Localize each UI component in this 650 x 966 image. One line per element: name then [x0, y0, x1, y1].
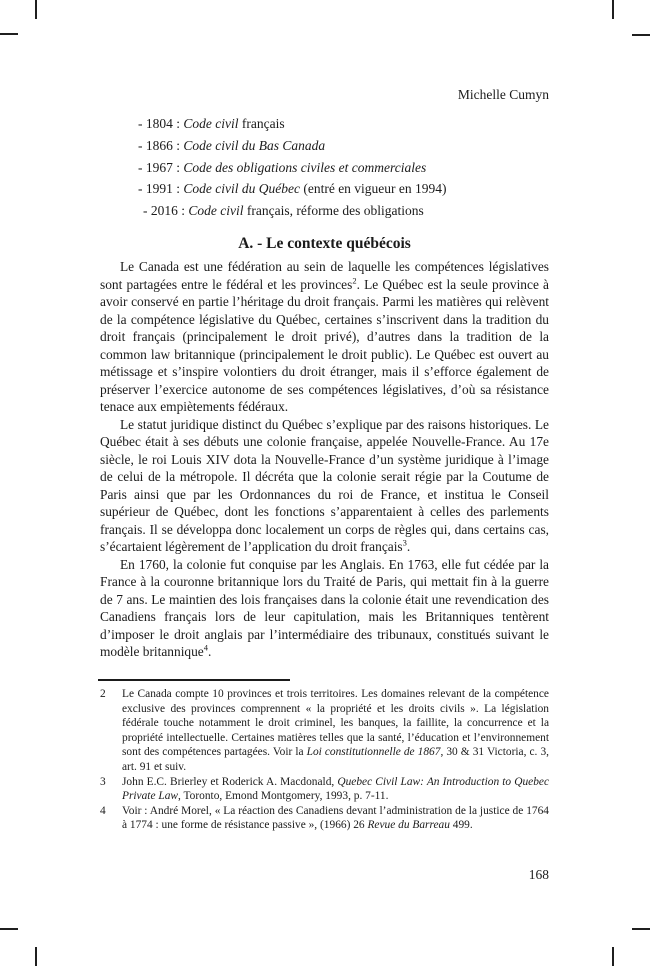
crop-mark-top-left-horizontal: [0, 33, 18, 35]
crop-mark-bottom-right-vertical: [612, 947, 614, 966]
text-run: Code civil du Bas Canada: [183, 138, 325, 153]
code-timeline: - 1804 : Code civil français- 1866 : Cod…: [138, 113, 447, 222]
paper-page: Michelle Cumyn - 1804 : Code civil franç…: [0, 0, 650, 966]
crop-mark-bottom-right-horizontal: [632, 928, 650, 930]
text-run: - 2016 :: [143, 203, 188, 218]
page-number: 168: [100, 866, 549, 883]
paragraph: Le Canada est une fédération au sein de …: [100, 258, 549, 416]
text-run: - 1804 :: [138, 116, 183, 131]
text-run: français: [238, 116, 284, 131]
timeline-item: - 2016 : Code civil français, réforme de…: [143, 200, 447, 222]
text-run: Code civil: [183, 116, 238, 131]
text-run: français, réforme des obligations: [243, 203, 423, 218]
footnote: 2Le Canada compte 10 provinces et trois …: [100, 687, 549, 775]
text-run: (entré en vigueur en 1994): [300, 181, 447, 196]
text-run: .: [208, 644, 211, 659]
footnote-number: 2: [100, 687, 122, 775]
footnote: 3John E.C. Brierley et Roderick A. Macdo…: [100, 775, 549, 804]
footnote-number: 3: [100, 775, 122, 804]
text-run: Revue du Barreau: [367, 819, 449, 831]
crop-mark-top-left-vertical: [35, 0, 37, 19]
body-paragraphs: Le Canada est une fédération au sein de …: [100, 258, 549, 661]
timeline-item: - 1991 : Code civil du Québec (entré en …: [138, 178, 447, 200]
footnote-number: 4: [100, 804, 122, 833]
text-run: Code civil: [188, 203, 243, 218]
text-run: - 1866 :: [138, 138, 183, 153]
crop-mark-top-right-vertical: [612, 0, 614, 19]
text-run: - 1967 :: [138, 160, 183, 175]
timeline-item: - 1804 : Code civil français: [138, 113, 447, 135]
text-run: En 1760, la colonie fut conquise par les…: [100, 557, 549, 660]
author-name: Michelle Cumyn: [100, 86, 549, 103]
paragraph: En 1760, la colonie fut conquise par les…: [100, 556, 549, 661]
footnotes: 2Le Canada compte 10 provinces et trois …: [100, 687, 549, 833]
footnote-separator: [98, 679, 290, 681]
text-run: Voir : André Morel, « La réaction des Ca…: [122, 805, 549, 832]
timeline-item: - 1866 : Code civil du Bas Canada: [138, 135, 447, 157]
page-content: Michelle Cumyn - 1804 : Code civil franç…: [100, 0, 549, 966]
text-run: .: [407, 539, 410, 554]
footnote-text: Voir : André Morel, « La réaction des Ca…: [122, 804, 549, 833]
paragraph: Le statut juridique distinct du Québec s…: [100, 416, 549, 556]
text-run: 499.: [450, 819, 473, 831]
text-run: , Toronto, Emond Montgomery, 1993, p. 7-…: [178, 790, 388, 802]
timeline-item: - 1967 : Code des obligations civiles et…: [138, 157, 447, 179]
text-run: . Le Québec est la seule province à avoi…: [100, 277, 549, 415]
footnote-text: John E.C. Brierley et Roderick A. Macdon…: [122, 775, 549, 804]
text-run: - 1991 :: [138, 181, 183, 196]
crop-mark-bottom-left-horizontal: [0, 928, 18, 930]
crop-mark-top-right-horizontal: [632, 34, 650, 36]
text-run: Le statut juridique distinct du Québec s…: [100, 417, 549, 555]
text-run: Code des obligations civiles et commerci…: [183, 160, 426, 175]
text-run: John E.C. Brierley et Roderick A. Macdon…: [122, 776, 337, 788]
crop-mark-bottom-left-vertical: [35, 947, 37, 966]
text-run: Loi constitutionnelle de 1867: [307, 746, 441, 758]
footnote: 4Voir : André Morel, « La réaction des C…: [100, 804, 549, 833]
footnote-text: Le Canada compte 10 provinces et trois t…: [122, 687, 549, 775]
text-run: Code civil du Québec: [183, 181, 300, 196]
section-heading: A. - Le contexte québécois: [100, 234, 549, 254]
